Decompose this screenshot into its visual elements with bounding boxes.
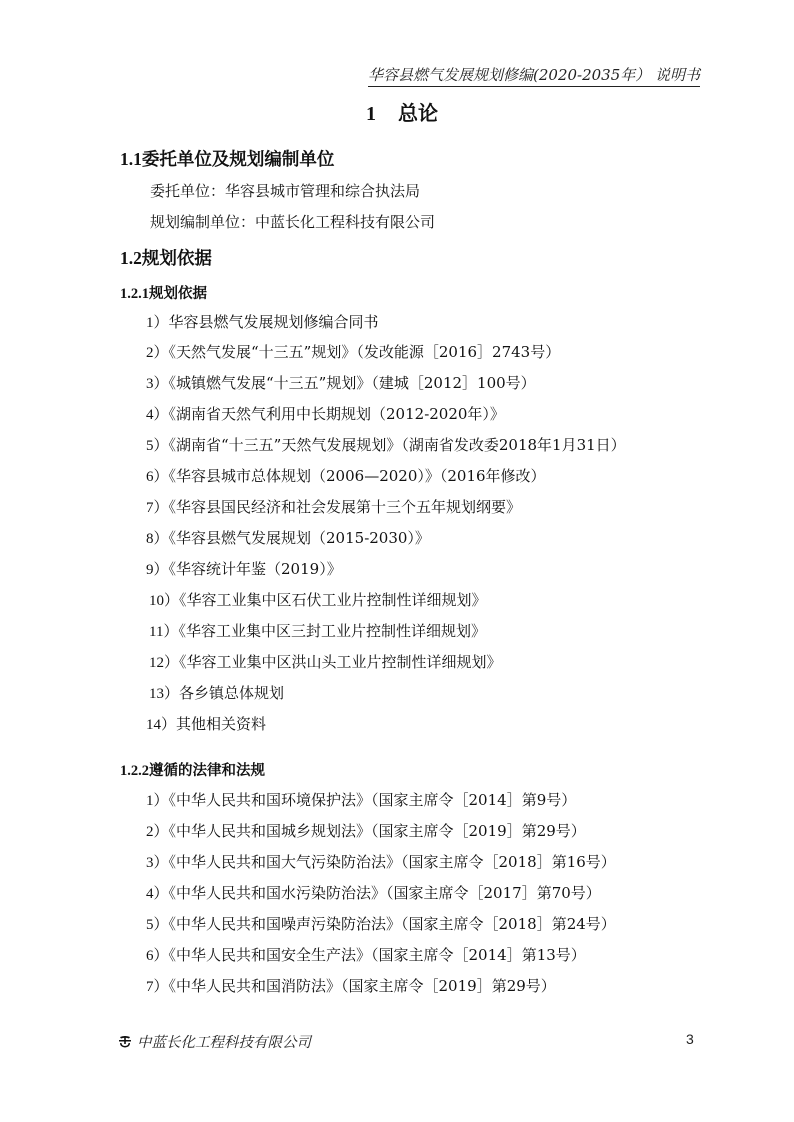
list-item: 1）《中华人民共和国环境保护法》（国家主席令［2014］第9号） — [146, 789, 576, 810]
item-index: 3） — [146, 855, 169, 871]
item-text: 《华容县燃气发展规划（2015-2030）》 — [169, 529, 430, 547]
list-item: 5）《中华人民共和国噪声污染防治法》（国家主席令［2018］第24号） — [146, 913, 616, 934]
item-text: 《城镇燃气发展“十三五”规划》（建城［2012］100号） — [169, 374, 536, 392]
section-heading-1-1: 1.1委托单位及规划编制单位 — [120, 146, 334, 171]
item-text: 华容县燃气发展规划修编合同书 — [169, 313, 379, 331]
item-text: 《华容工业集中区三封工业片控制性详细规划》 — [178, 622, 486, 640]
item-text: 《中华人民共和国城乡规划法》（国家主席令［2019］第29号） — [169, 822, 586, 840]
header-doc-type: 说明书 — [655, 66, 700, 86]
chapter-heading: 总论 — [398, 101, 438, 125]
item-index: 2） — [146, 345, 169, 361]
list-item: 2）《中华人民共和国城乡规划法》（国家主席令［2019］第29号） — [146, 820, 586, 841]
footer-company-name: 中蓝长化工程科技有限公司 — [137, 1031, 311, 1052]
list-item: 5）《湖南省“十三五”天然气发展规划》（湖南省发改委2018年1月31日） — [146, 434, 626, 455]
running-header: 华容县燃气发展规划修编(2020-2035年） 说明书 — [368, 64, 700, 87]
list-item: 1）华容县燃气发展规划修编合同书 — [146, 311, 379, 332]
list-item: 14）其他相关资料 — [146, 713, 266, 734]
list-item: 6）《中华人民共和国安全生产法》（国家主席令［2014］第13号） — [146, 944, 586, 965]
list-item: 2）《天然气发展“十三五”规划》（发改能源［2016］2743号） — [146, 341, 560, 362]
footer-company: 中蓝长化工程科技有限公司 — [117, 1031, 311, 1052]
list-item: 3）《中华人民共和国大气污染防治法》（国家主席令［2018］第16号） — [146, 851, 616, 872]
item-text: 各乡镇总体规划 — [179, 684, 284, 702]
item-index: 2） — [146, 824, 169, 840]
item-text: 《天然气发展“十三五”规划》（发改能源［2016］2743号） — [169, 343, 561, 361]
section-title: 规划依据 — [149, 285, 207, 302]
section-number: 1.2 — [120, 248, 142, 268]
client-paragraph: 委托单位：华容县城市管理和综合执法局 — [150, 180, 420, 201]
section-heading-1-2-2: 1.2.2遵循的法律和法规 — [120, 759, 265, 780]
item-index: 4） — [146, 407, 169, 423]
section-title: 遵循的法律和法规 — [149, 762, 265, 779]
list-item: 12）《华容工业集中区洪山头工业片控制性详细规划》 — [149, 651, 502, 672]
item-text: 《华容统计年鉴（2019）》 — [169, 560, 342, 578]
section-heading-1-2: 1.2规划依据 — [120, 245, 212, 270]
item-text: 其他相关资料 — [176, 715, 266, 733]
item-index: 8） — [146, 531, 169, 547]
item-text: 《华容工业集中区洪山头工业片控制性详细规划》 — [179, 653, 502, 671]
list-item: 9）《华容统计年鉴（2019）》 — [146, 558, 342, 579]
list-item: 13）各乡镇总体规划 — [149, 682, 284, 703]
list-item: 11）《华容工业集中区三封工业片控制性详细规划》 — [149, 620, 486, 641]
item-text: 《华容县国民经济和社会发展第十三个五年规划纲要》 — [169, 498, 522, 516]
chapter-title: 1总论 — [0, 97, 794, 126]
item-index: 9） — [146, 562, 169, 578]
list-item: 10）《华容工业集中区石伏工业片控制性详细规划》 — [149, 589, 487, 610]
item-index: 4） — [146, 886, 169, 902]
item-index: 5） — [146, 438, 169, 454]
section-heading-1-2-1: 1.2.1规划依据 — [120, 282, 207, 303]
page-number: 3 — [686, 1031, 694, 1047]
item-index: 6） — [146, 469, 169, 485]
author-paragraph: 规划编制单位：中蓝长化工程科技有限公司 — [150, 211, 435, 232]
chapter-number: 1 — [366, 103, 376, 125]
item-index: 6） — [146, 948, 169, 964]
company-logo-icon — [117, 1035, 133, 1049]
item-index: 13） — [149, 686, 179, 702]
item-text: 《中华人民共和国水污染防治法》（国家主席令［2017］第70号） — [169, 884, 601, 902]
item-index: 1） — [146, 793, 169, 809]
list-item: 8）《华容县燃气发展规划（2015-2030）》 — [146, 527, 430, 548]
list-item: 3）《城镇燃气发展“十三五”规划》（建城［2012］100号） — [146, 372, 536, 393]
section-number: 1.2.2 — [120, 763, 149, 779]
item-text: 《中华人民共和国安全生产法》（国家主席令［2014］第13号） — [169, 946, 586, 964]
item-index: 11） — [149, 624, 178, 640]
item-index: 3） — [146, 376, 169, 392]
item-index: 7） — [146, 500, 169, 516]
header-doc-title: 华容县燃气发展规划修编(2020-2035年） — [368, 66, 650, 86]
item-text: 《华容工业集中区石伏工业片控制性详细规划》 — [179, 591, 487, 609]
item-text: 《华容县城市总体规划（2006—2020）》（2016年修改） — [169, 467, 546, 485]
item-text: 《湖南省“十三五”天然气发展规划》（湖南省发改委2018年1月31日） — [169, 436, 626, 454]
section-title: 规划依据 — [142, 249, 212, 269]
list-item: 4）《中华人民共和国水污染防治法》（国家主席令［2017］第70号） — [146, 882, 601, 903]
item-index: 12） — [149, 655, 179, 671]
section-number: 1.1 — [120, 149, 142, 169]
list-item: 6）《华容县城市总体规划（2006—2020）》（2016年修改） — [146, 465, 546, 486]
item-index: 10） — [149, 593, 179, 609]
section-number: 1.2.1 — [120, 286, 149, 302]
item-text: 《湖南省天然气利用中长期规划（2012-2020年）》 — [169, 405, 505, 423]
list-item: 7）《中华人民共和国消防法》（国家主席令［2019］第29号） — [146, 975, 556, 996]
item-index: 5） — [146, 917, 169, 933]
item-text: 《中华人民共和国噪声污染防治法》（国家主席令［2018］第24号） — [169, 915, 616, 933]
list-item: 7）《华容县国民经济和社会发展第十三个五年规划纲要》 — [146, 496, 521, 517]
list-item: 4）《湖南省天然气利用中长期规划（2012-2020年）》 — [146, 403, 505, 424]
section-title: 委托单位及规划编制单位 — [142, 150, 335, 170]
item-text: 《中华人民共和国消防法》（国家主席令［2019］第29号） — [169, 977, 556, 995]
item-text: 《中华人民共和国环境保护法》（国家主席令［2014］第9号） — [169, 791, 577, 809]
item-text: 《中华人民共和国大气污染防治法》（国家主席令［2018］第16号） — [169, 853, 616, 871]
item-index: 7） — [146, 979, 169, 995]
item-index: 1） — [146, 315, 169, 331]
item-index: 14） — [146, 717, 176, 733]
